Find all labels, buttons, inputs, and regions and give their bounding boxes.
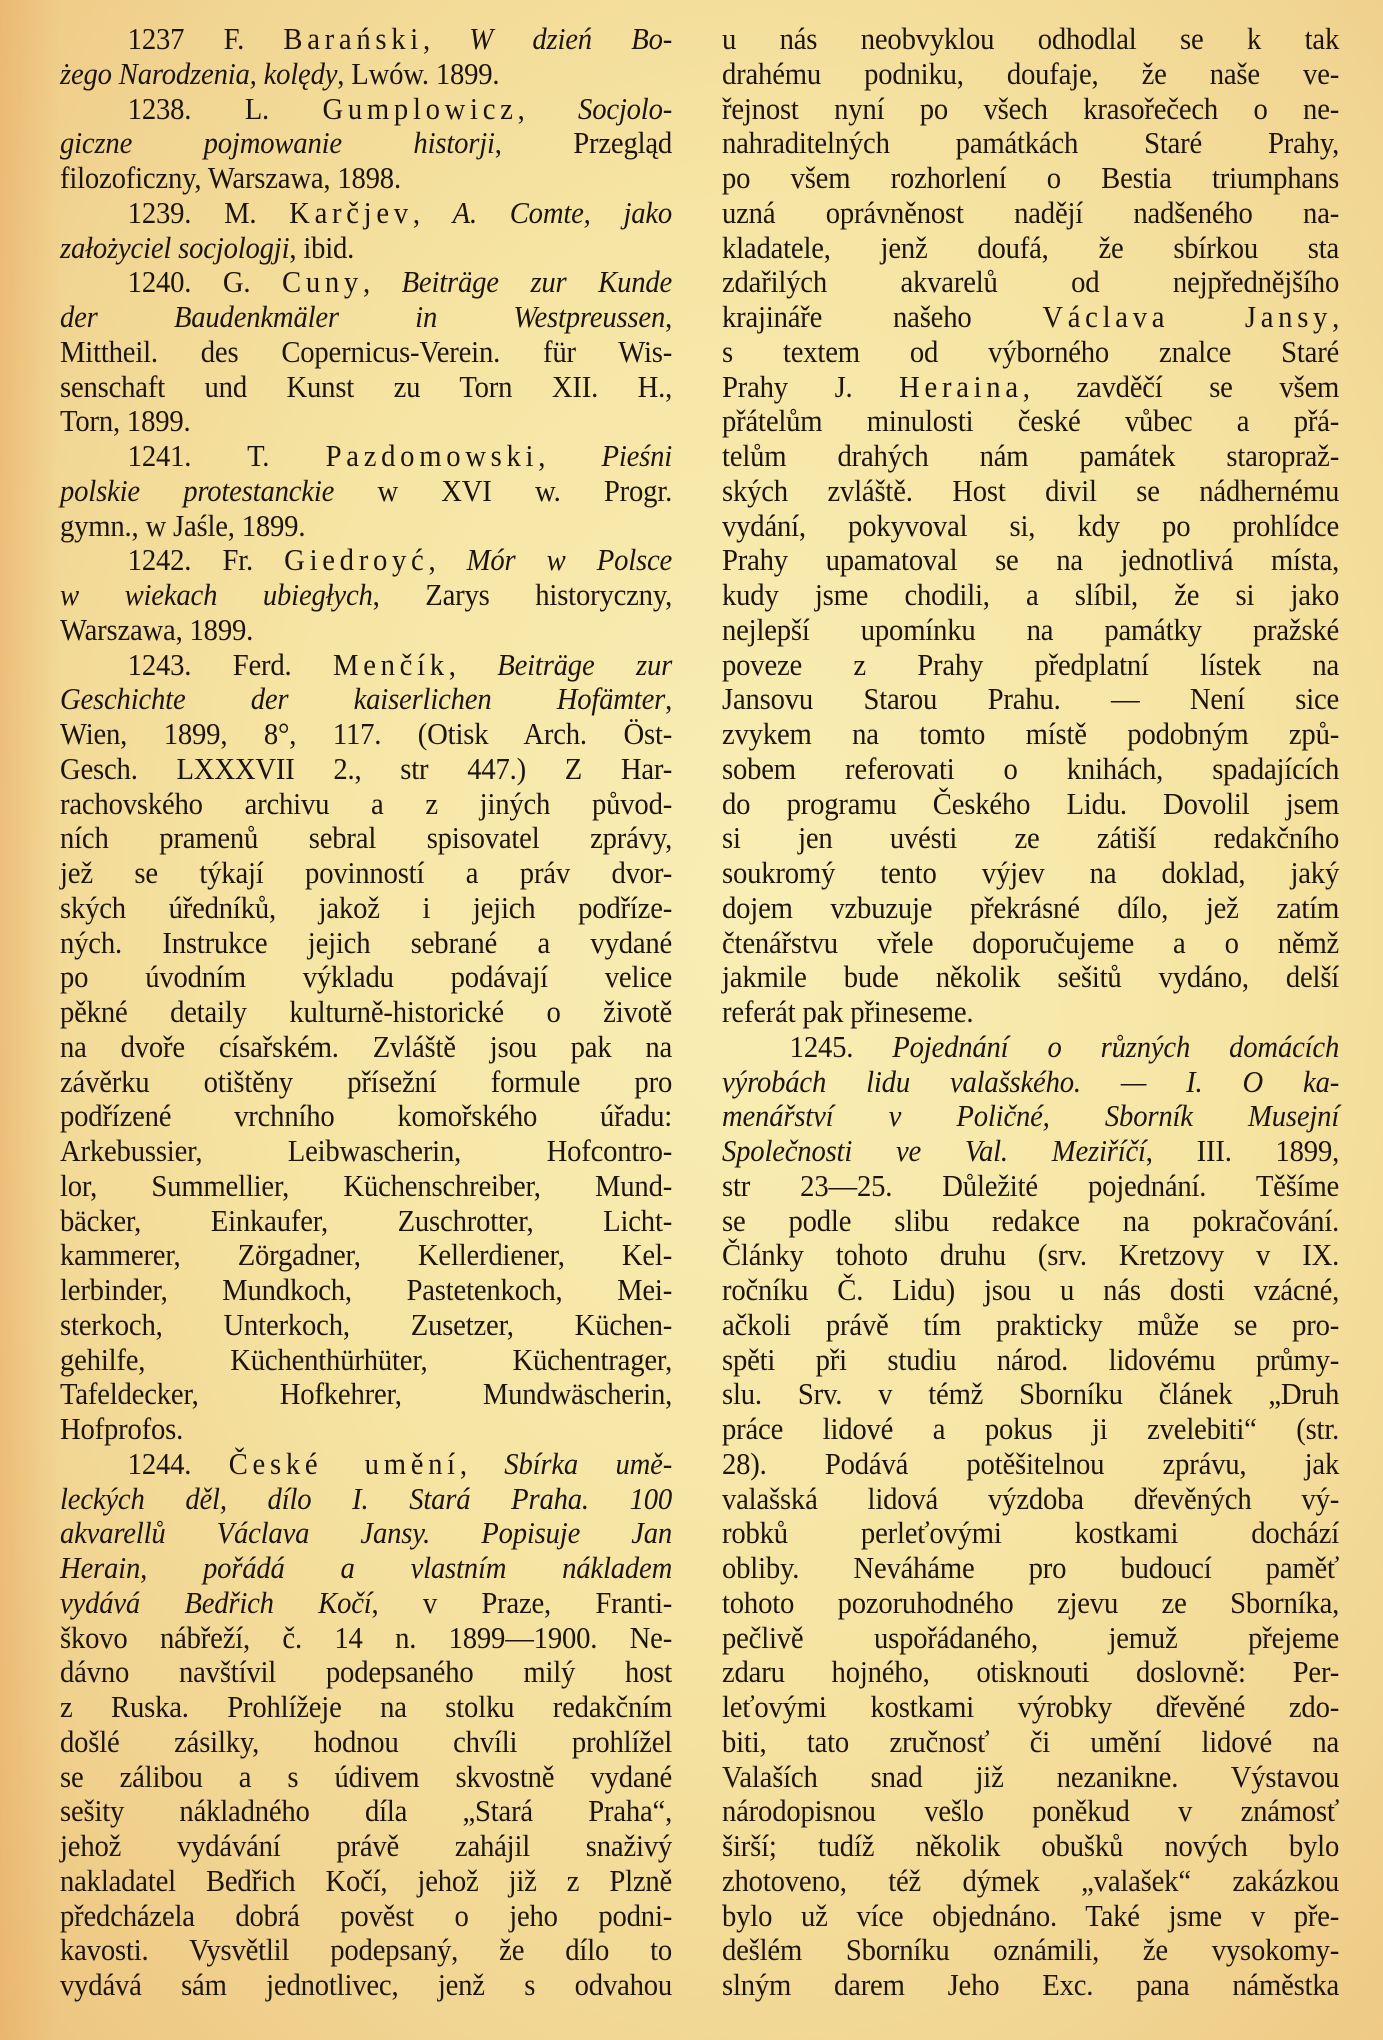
body-text: 1244.: [128, 1447, 229, 1481]
body-text: robků perleťovými kostkami dochází: [722, 1516, 1339, 1550]
body-text: referát pak přineseme.: [722, 995, 973, 1029]
text-line: dojem vzbuzuje překrásné dílo, jež zatím: [722, 891, 1339, 926]
body-text: čtenářstvu vřele doporučujeme a o němž: [722, 926, 1339, 960]
text-line: polskie protestanckie w XVI w. Progr.: [60, 474, 672, 509]
body-text: nahraditelných památkách Staré Prahy,: [722, 126, 1339, 160]
body-text: senschaft und Kunst zu Torn XII. H.,: [60, 370, 672, 404]
body-text: 1241. T.: [128, 439, 326, 473]
entry-start-line: 1242. Fr. Giedroyć, Mór w Polsce: [60, 543, 672, 578]
text-line: spěti při studiu národ. lidovému průmy-: [722, 1343, 1339, 1378]
text-line: Wien, 1899, 8°, 117. (Otisk Arch. Öst-: [60, 717, 672, 752]
body-text: ačkoli právě tím prakticky může se pro-: [722, 1308, 1339, 1342]
body-text: Warszawa, 1899.: [60, 613, 253, 647]
body-text: lerbinder, Mundkoch, Pastetenkoch, Mei-: [60, 1273, 672, 1307]
body-text: , ibid.: [289, 231, 354, 265]
text-line: ných. Instrukce jejich sebrané a vydané: [60, 926, 672, 961]
body-text: ,: [428, 543, 466, 577]
body-text: Arkebussier, Leibwascherin, Hofcontro-: [60, 1134, 672, 1168]
body-text: ,: [1332, 300, 1339, 334]
text-line: zdařilých akvarelů od nejpřednějšího: [722, 265, 1339, 300]
text-line: referát pak přineseme.: [722, 995, 1339, 1030]
body-text: gehilfe, Küchenthürhüter, Küchentrager,: [60, 1343, 672, 1377]
body-text: , Zarys historyczny,: [373, 578, 672, 612]
body-text: národopisnou vešlo poněkud v známosť: [722, 1794, 1339, 1828]
body-text: 1245.: [790, 1030, 893, 1064]
text-line: akvarellů Václava Jansy. Popisuje Jan: [60, 1516, 672, 1551]
body-text: Valaších snad již nezanikne. Výstavou: [722, 1760, 1339, 1794]
text-line: bylo už více objednáno. Také jsme v pře-: [722, 1899, 1339, 1934]
italic-title-text: Herain, pořádá a vlastním nákladem: [60, 1551, 672, 1585]
body-text: sterkoch, Unterkoch, Zusetzer, Küchen-: [60, 1308, 672, 1342]
body-text: ,: [665, 300, 672, 334]
entry-start-line: 1239. M. Karčjev, A. Comte, jako: [60, 196, 672, 231]
text-line: nakladatel Bedřich Kočí, jehož již z Plz…: [60, 1864, 672, 1899]
body-text: z Ruska. Prohlížeje na stolku redakčním: [60, 1690, 672, 1724]
body-text: pečlivě uspořádaného, jemuž přejeme: [722, 1621, 1339, 1655]
left-column: 1237 F. Barański, W dzień Bo-żego Narodz…: [60, 22, 672, 2003]
body-text: 1242. Fr.: [128, 543, 284, 577]
text-line: z Ruska. Prohlížeje na stolku redakčním: [60, 1690, 672, 1725]
text-line: si jen uvésti ze zátiší redakčního: [722, 821, 1339, 856]
italic-title-text: výrobách lidu valašského. — I. O ka-: [722, 1065, 1339, 1099]
text-line: rachovského archivu a z jiných původ-: [60, 787, 672, 822]
body-text: ,: [413, 196, 453, 230]
text-line: der Baudenkmäler in Westpreussen,: [60, 300, 672, 335]
text-line: sterkoch, Unterkoch, Zusetzer, Küchen-: [60, 1308, 672, 1343]
text-line: dávno navštívil podepsaného milý host: [60, 1655, 672, 1690]
body-text: obliby. Neváháme pro budoucí paměť: [722, 1551, 1339, 1585]
body-text: ních pramenů sebral spisovatel zprávy,: [60, 821, 672, 855]
text-line: závěrku otištěny přísežní formule pro: [60, 1065, 672, 1100]
text-line: škovo nábřeží, č. 14 n. 1899—1900. Ne-: [60, 1621, 672, 1656]
text-line: Valaších snad již nezanikne. Výstavou: [722, 1760, 1339, 1795]
body-text: 1238. L.: [128, 92, 323, 126]
text-line: żego Narodzenia, kolędy, Lwów. 1899.: [60, 57, 672, 92]
body-text: kammerer, Zörgadner, Kellerdiener, Kel-: [60, 1238, 672, 1272]
body-text: ských úředníků, jakož i jejich podříze-: [60, 891, 672, 925]
author-name-spaced: Václava Jansy: [1042, 300, 1332, 334]
text-line: ských úředníků, jakož i jejich podříze-: [60, 891, 672, 926]
body-text: ,: [518, 92, 578, 126]
text-line: předcházela dobrá pověst o jeho podni-: [60, 1899, 672, 1934]
italic-title-text: W dzień Bo-: [469, 22, 672, 56]
body-text: lor, Summellier, Küchenschreiber, Mund-: [60, 1169, 672, 1203]
body-text: předcházela dobrá pověst o jeho podni-: [60, 1899, 672, 1933]
text-line: pěkné detaily kulturně-historické o živo…: [60, 995, 672, 1030]
italic-title-text: giczne pojmowanie historji: [60, 126, 495, 160]
author-name-spaced: Karčjev: [289, 196, 413, 230]
text-line: leckých děl, dílo I. Stará Praha. 100: [60, 1482, 672, 1517]
body-text: ských zvláště. Host divil se nádhernému: [722, 474, 1339, 508]
text-line: Společnosti ve Val. Meziříčí, III. 1899,: [722, 1134, 1339, 1169]
body-text: uzná oprávněnost nadějí nadšeného na-: [722, 196, 1339, 230]
body-text: dojem vzbuzuje překrásné dílo, jež zatím: [722, 891, 1339, 925]
entry-start-line: 1237 F. Barański, W dzień Bo-: [60, 22, 672, 57]
text-line: giczne pojmowanie historji, Przegląd: [60, 126, 672, 161]
body-text: Torn, 1899.: [60, 404, 191, 438]
body-text: vydává sám jednotlivec, jenž s odvahou: [60, 1968, 672, 2002]
body-text: , Przegląd: [495, 126, 672, 160]
text-line: jež se týkají povinností a práv dvor-: [60, 856, 672, 891]
text-line: vydává sám jednotlivec, jenž s odvahou: [60, 1968, 672, 2003]
body-text: ,: [423, 22, 469, 56]
body-text: , Lwów. 1899.: [337, 57, 499, 91]
text-line: na dvoře císařském. Zvláště jsou pak na: [60, 1030, 672, 1065]
text-line: telům drahých nám památek staropraž-: [722, 439, 1339, 474]
body-text: Gesch. LXXXVII 2., str 447.) Z Har-: [60, 752, 672, 786]
text-line: širší; tudíž několik obušků nových bylo: [722, 1829, 1339, 1864]
text-line: Warszawa, 1899.: [60, 613, 672, 648]
text-line: Herain, pořádá a vlastním nákladem: [60, 1551, 672, 1586]
text-line: ročníku Č. Lidu) jsou u nás dosti vzácné…: [722, 1273, 1339, 1308]
text-line: Geschichte der kaiserlichen Hofämter,: [60, 682, 672, 717]
text-line: Prahy upamatoval se na jednotlivá místa,: [722, 543, 1339, 578]
page-edge-shading: [0, 0, 60, 2040]
body-text: došlé zásilky, hodnou chvíli prohlížel: [60, 1725, 672, 1759]
body-text: nejlepší upomínku na památky pražské: [722, 613, 1339, 647]
italic-title-text: vydává Bedřich Kočí: [60, 1586, 372, 1620]
right-column: u nás neobvyklou odhodlal se k takdrahém…: [722, 22, 1339, 2003]
body-text: w XVI w. Progr.: [334, 474, 672, 508]
text-line: Prahy J. Heraina, zavděčí se všem: [722, 370, 1339, 405]
text-line: senschaft und Kunst zu Torn XII. H.,: [60, 370, 672, 405]
body-text: pěkné detaily kulturně-historické o živo…: [60, 995, 672, 1029]
body-text: zhotoveno, též dýmek „valašek“ zakázkou: [722, 1864, 1339, 1898]
body-text: dávno navštívil podepsaného milý host: [60, 1655, 672, 1689]
text-line: Gesch. LXXXVII 2., str 447.) Z Har-: [60, 752, 672, 787]
body-text: leťovými kostkami výrobky dřevěné zdo-: [722, 1690, 1339, 1724]
text-line: přátelům minulosti české vůbec a přá-: [722, 404, 1339, 439]
body-text: se zálibou a s údivem skvostně vydané: [60, 1760, 672, 1794]
body-text: ,: [363, 265, 402, 299]
body-text: rachovského archivu a z jiných původ-: [60, 787, 672, 821]
text-line: zdaru hojného, otisknouti doslovně: Per-: [722, 1655, 1339, 1690]
text-line: Arkebussier, Leibwascherin, Hofcontro-: [60, 1134, 672, 1169]
italic-title-text: leckých děl, dílo I. Stará Praha. 100: [60, 1482, 672, 1516]
text-line: valašská lidová výzdoba dřevěných vý-: [722, 1482, 1339, 1517]
text-line: kavosti. Vysvětlil podepsaný, že dílo to: [60, 1933, 672, 1968]
text-line: čtenářstvu vřele doporučujeme a o němž: [722, 926, 1339, 961]
text-line: obliby. Neváháme pro budoucí paměť: [722, 1551, 1339, 1586]
body-text: drahému podniku, doufaje, že naše ve-: [722, 57, 1339, 91]
text-line: lor, Summellier, Küchenschreiber, Mund-: [60, 1169, 672, 1204]
body-text: škovo nábřeží, č. 14 n. 1899—1900. Ne-: [60, 1621, 672, 1655]
text-line: zvykem na tomto místě podobným způ-: [722, 717, 1339, 752]
text-line: Torn, 1899.: [60, 404, 672, 439]
italic-title-text: Geschichte der kaiserlichen Hofämter: [60, 682, 665, 716]
body-text: Články tohoto druhu (srv. Kretzovy v IX.: [722, 1238, 1339, 1272]
text-line: práce lidové a pokus ji zvelebiti“ (str.: [722, 1412, 1339, 1447]
text-line: sobem referovati o knihách, spadajících: [722, 752, 1339, 787]
author-name-spaced: Pazdomowski: [326, 439, 539, 473]
entry-start-line: 1240. G. Cuny, Beiträge zur Kunde: [60, 265, 672, 300]
text-line: bäcker, Einkaufer, Zuschrotter, Licht-: [60, 1204, 672, 1239]
body-text: po všem rozhorlení o Bestia triumphans: [722, 161, 1339, 195]
text-line: do programu Českého Lidu. Dovolil jsem: [722, 787, 1339, 822]
italic-title-text: Společnosti ve Val. Meziříčí: [722, 1134, 1146, 1168]
text-line: řejnost nyní po všech krasořečech o ne-: [722, 92, 1339, 127]
body-text: se podle slibu redakce na pokračování.: [722, 1204, 1339, 1238]
body-text: Mittheil. des Copernicus-Verein. für Wis…: [60, 335, 672, 369]
text-line: ních pramenů sebral spisovatel zprávy,: [60, 821, 672, 856]
body-text: dešlém Sborníku oznámili, že vysokomy-: [722, 1933, 1339, 1967]
body-text: Prahy J.: [722, 370, 899, 404]
body-text: filozoficzny, Warszawa, 1898.: [60, 161, 401, 195]
body-text: nakladatel Bedřich Kočí, jehož již z Plz…: [60, 1864, 672, 1898]
text-line: uzná oprávněnost nadějí nadšeného na-: [722, 196, 1339, 231]
body-text: slným darem Jeho Exc. pana náměstka: [722, 1968, 1339, 2002]
body-text: Hofprofos.: [60, 1412, 183, 1446]
italic-title-text: w wiekach ubiegłych: [60, 578, 373, 612]
body-text: jakmile bude několik sešitů vydáno, delš…: [722, 960, 1339, 994]
body-text: 1239. M.: [128, 196, 290, 230]
text-line: gymn., w Jaśle, 1899.: [60, 509, 672, 544]
italic-title-text: der Baudenkmäler in Westpreussen: [60, 300, 665, 334]
body-text: po úvodním výkladu podávají velice: [60, 960, 672, 994]
italic-title-text: Beiträge zur: [497, 648, 672, 682]
text-line: Články tohoto druhu (srv. Kretzovy v IX.: [722, 1238, 1339, 1273]
body-text: ,: [449, 648, 497, 682]
text-line: se podle slibu redakce na pokračování.: [722, 1204, 1339, 1239]
italic-title-text: A. Comte, jako: [453, 196, 672, 230]
body-text: telům drahých nám památek staropraž-: [722, 439, 1339, 473]
author-name-spaced: Barański: [283, 22, 423, 56]
text-line: drahému podniku, doufaje, že naše ve-: [722, 57, 1339, 92]
body-text: jehož vydávání právě zahájil snaživý: [60, 1829, 672, 1863]
text-line: po všem rozhorlení o Bestia triumphans: [722, 161, 1339, 196]
text-line: po úvodním výkladu podávají velice: [60, 960, 672, 995]
text-line: podřízené vrchního komořského úřadu:: [60, 1099, 672, 1134]
entry-start-line: 1238. L. Gumplowicz, Socjolo-: [60, 92, 672, 127]
author-name-spaced: Cuny: [282, 265, 363, 299]
text-line: ských zvláště. Host divil se nádhernému: [722, 474, 1339, 509]
text-line: sešity nákladného díla „Stará Praha“,: [60, 1794, 672, 1829]
italic-title-text: polskie protestanckie: [60, 474, 334, 508]
body-text: ročníku Č. Lidu) jsou u nás dosti vzácné…: [722, 1273, 1339, 1307]
body-text: Prahy upamatoval se na jednotlivá místa,: [722, 543, 1339, 577]
entry-start-line: 1244. České umění, Sbírka umě-: [60, 1447, 672, 1482]
body-text: ,: [665, 682, 672, 716]
body-text: Jansovu Starou Prahu. — Není sice: [722, 682, 1339, 716]
body-text: Wien, 1899, 8°, 117. (Otisk Arch. Öst-: [60, 717, 672, 751]
italic-title-text: Mór w Polsce: [467, 543, 672, 577]
italic-title-text: Pojednání o různých domácích: [892, 1030, 1339, 1064]
author-name-spaced: Giedroyć: [284, 543, 428, 577]
italic-title-text: Sbírka umě-: [504, 1447, 672, 1481]
body-text: přátelům minulosti české vůbec a přá-: [722, 404, 1339, 438]
body-text: 1243. Ferd.: [128, 648, 333, 682]
body-text: sešity nákladného díla „Stará Praha“,: [60, 1794, 672, 1828]
author-name-spaced: Gumplowicz: [322, 92, 517, 126]
text-line: Tafeldecker, Hofkehrer, Mundwäscherin,: [60, 1377, 672, 1412]
italic-title-text: Beiträge zur Kunde: [402, 265, 672, 299]
body-text: , v Praze, Franti-: [372, 1586, 673, 1620]
text-line: slu. Srv. v témž Sborníku článek „Druh: [722, 1377, 1339, 1412]
text-line: vydání, pokyvoval si, kdy po prohlídce: [722, 509, 1339, 544]
italic-title-text: założyciel socjologji: [60, 231, 289, 265]
body-text: gymn., w Jaśle, 1899.: [60, 509, 305, 543]
italic-title-text: Socjolo-: [578, 92, 672, 126]
author-name-spaced: Heraina: [899, 370, 1023, 404]
body-text: práce lidové a pokus ji zvelebiti“ (str.: [722, 1412, 1339, 1446]
text-line: jakmile bude několik sešitů vydáno, delš…: [722, 960, 1339, 995]
italic-title-text: żego Narodzenia, kolędy: [60, 57, 337, 91]
body-text: u nás neobvyklou odhodlal se k tak: [722, 22, 1339, 56]
text-line: krajináře našeho Václava Jansy,: [722, 300, 1339, 335]
body-text: krajináře našeho: [722, 300, 1042, 334]
text-line: menářství v Poličné, Sborník Musejní: [722, 1099, 1339, 1134]
text-line: nahraditelných památkách Staré Prahy,: [722, 126, 1339, 161]
body-text: na dvoře císařském. Zvláště jsou pak na: [60, 1030, 672, 1064]
text-line: Jansovu Starou Prahu. — Není sice: [722, 682, 1339, 717]
italic-title-text: Pieśni: [602, 439, 673, 473]
text-line: výrobách lidu valašského. — I. O ka-: [722, 1065, 1339, 1100]
body-text: kladatele, jenž doufá, že sbírkou sta: [722, 231, 1339, 265]
entry-start-line: 1243. Ferd. Menčík, Beiträge zur: [60, 648, 672, 683]
body-text: 1240. G.: [128, 265, 282, 299]
body-text: do programu Českého Lidu. Dovolil jsem: [722, 787, 1339, 821]
text-line: u nás neobvyklou odhodlal se k tak: [722, 22, 1339, 57]
text-line: kladatele, jenž doufá, že sbírkou sta: [722, 231, 1339, 266]
text-line: tohoto pozoruhodného zjevu ze Sborníka,: [722, 1586, 1339, 1621]
body-text: 28). Podává potěšitelnou zprávu, jak: [722, 1447, 1339, 1481]
body-text: tohoto pozoruhodného zjevu ze Sborníka,: [722, 1586, 1339, 1620]
text-line: gehilfe, Küchenthürhüter, Küchentrager,: [60, 1343, 672, 1378]
text-line: soukromý tento výjev na doklad, jaký: [722, 856, 1339, 891]
body-text: 1237 F.: [128, 22, 284, 56]
text-line: Hofprofos.: [60, 1412, 672, 1447]
text-line: kudy jsme chodili, a slíbil, že si jako: [722, 578, 1339, 613]
text-line: lerbinder, Mundkoch, Pastetenkoch, Mei-: [60, 1273, 672, 1308]
text-line: zhotoveno, též dýmek „valašek“ zakázkou: [722, 1864, 1339, 1899]
body-text: vydání, pokyvoval si, kdy po prohlídce: [722, 509, 1339, 543]
body-text: ných. Instrukce jejich sebrané a vydané: [60, 926, 672, 960]
text-line: kammerer, Zörgadner, Kellerdiener, Kel-: [60, 1238, 672, 1273]
body-text: kudy jsme chodili, a slíbil, že si jako: [722, 578, 1339, 612]
body-text: str 23—25. Důležité pojednání. Těšíme: [722, 1169, 1339, 1203]
body-text: bylo už více objednáno. Také jsme v pře-: [722, 1899, 1339, 1933]
italic-title-text: menářství v Poličné, Sborník Musejní: [722, 1099, 1339, 1133]
text-line: s textem od výborného znalce Staré: [722, 335, 1339, 370]
text-line: biti, tato zručnosť či umění lidové na: [722, 1725, 1339, 1760]
text-line: 28). Podává potěšitelnou zprávu, jak: [722, 1447, 1339, 1482]
text-line: Mittheil. des Copernicus-Verein. für Wis…: [60, 335, 672, 370]
body-text: závěrku otištěny přísežní formule pro: [60, 1065, 672, 1099]
italic-title-text: akvarellů Václava Jansy. Popisuje Jan: [60, 1516, 672, 1550]
body-text: valašská lidová výzdoba dřevěných vý-: [722, 1482, 1339, 1516]
text-line: došlé zásilky, hodnou chvíli prohlížel: [60, 1725, 672, 1760]
text-line: leťovými kostkami výrobky dřevěné zdo-: [722, 1690, 1339, 1725]
body-text: zvykem na tomto místě podobným způ-: [722, 717, 1339, 751]
body-text: zdařilých akvarelů od nejpřednějšího: [722, 265, 1339, 299]
body-text: biti, tato zručnosť či umění lidové na: [722, 1725, 1339, 1759]
text-line: slným darem Jeho Exc. pana náměstka: [722, 1968, 1339, 2003]
text-line: w wiekach ubiegłych, Zarys historyczny,: [60, 578, 672, 613]
text-line: poveze z Prahy předplatní lístek na: [722, 648, 1339, 683]
body-text: soukromý tento výjev na doklad, jaký: [722, 856, 1339, 890]
text-line: národopisnou vešlo poněkud v známosť: [722, 1794, 1339, 1829]
text-line: nejlepší upomínku na památky pražské: [722, 613, 1339, 648]
body-text: , zavděčí se všem: [1023, 370, 1339, 404]
author-name-spaced: Menčík: [333, 648, 449, 682]
body-text: ,: [538, 439, 601, 473]
body-text: , III. 1899,: [1146, 1134, 1339, 1168]
text-line: se zálibou a s údivem skvostně vydané: [60, 1760, 672, 1795]
text-line: vydává Bedřich Kočí, v Praze, Franti-: [60, 1586, 672, 1621]
body-text: Tafeldecker, Hofkehrer, Mundwäscherin,: [60, 1377, 672, 1411]
text-line: dešlém Sborníku oznámili, že vysokomy-: [722, 1933, 1339, 1968]
body-text: podřízené vrchního komořského úřadu:: [60, 1099, 672, 1133]
body-text: spěti při studiu národ. lidovému průmy-: [722, 1343, 1339, 1377]
body-text: bäcker, Einkaufer, Zuschrotter, Licht-: [60, 1204, 672, 1238]
text-line: str 23—25. Důležité pojednání. Těšíme: [722, 1169, 1339, 1204]
author-name-spaced: České umění: [229, 1447, 460, 1481]
text-line: jehož vydávání právě zahájil snaživý: [60, 1829, 672, 1864]
body-text: sobem referovati o knihách, spadajících: [722, 752, 1339, 786]
body-text: s textem od výborného znalce Staré: [722, 335, 1339, 369]
body-text: si jen uvésti ze zátiší redakčního: [722, 821, 1339, 855]
body-text: kavosti. Vysvětlil podepsaný, že dílo to: [60, 1933, 672, 1967]
text-line: założyciel socjologji, ibid.: [60, 231, 672, 266]
body-text: zdaru hojného, otisknouti doslovně: Per-: [722, 1655, 1339, 1689]
text-line: ačkoli právě tím prakticky může se pro-: [722, 1308, 1339, 1343]
text-line: pečlivě uspořádaného, jemuž přejeme: [722, 1621, 1339, 1656]
body-text: jež se týkají povinností a práv dvor-: [60, 856, 672, 890]
body-text: slu. Srv. v témž Sborníku článek „Druh: [722, 1377, 1339, 1411]
entry-start-line: 1245. Pojednání o různých domácích: [722, 1030, 1339, 1065]
body-text: poveze z Prahy předplatní lístek na: [722, 648, 1339, 682]
text-line: robků perleťovými kostkami dochází: [722, 1516, 1339, 1551]
text-line: filozoficzny, Warszawa, 1898.: [60, 161, 672, 196]
body-text: ,: [460, 1447, 504, 1481]
entry-start-line: 1241. T. Pazdomowski, Pieśni: [60, 439, 672, 474]
body-text: širší; tudíž několik obušků nových bylo: [722, 1829, 1339, 1863]
body-text: řejnost nyní po všech krasořečech o ne-: [722, 92, 1339, 126]
